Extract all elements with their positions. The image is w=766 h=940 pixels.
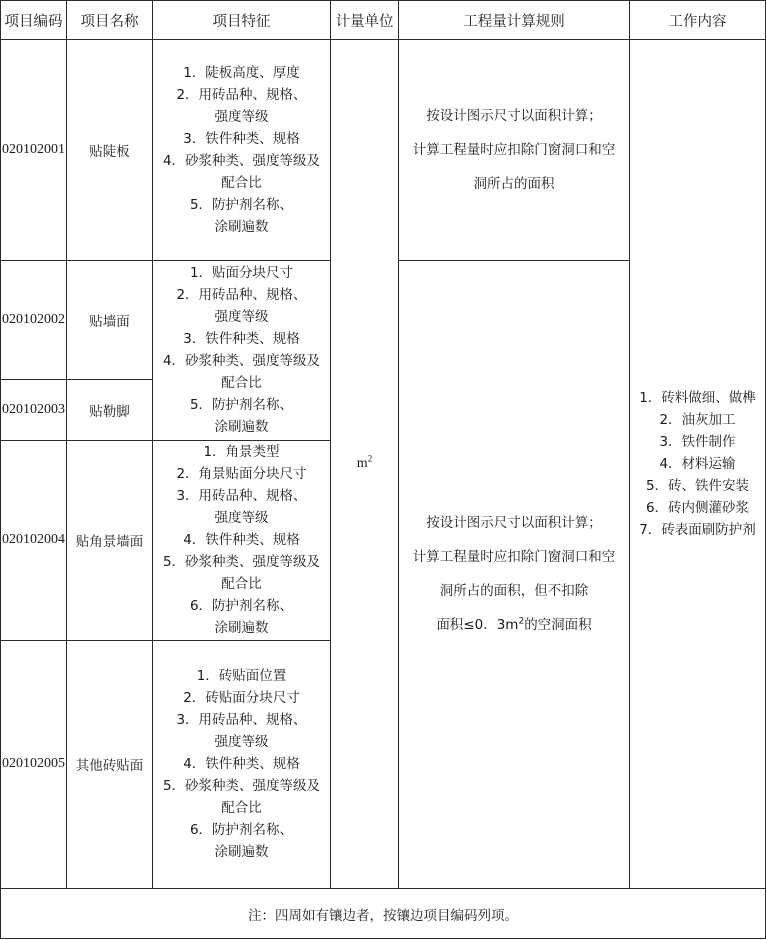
feature-line: 2．角景贴面分块尺寸	[176, 463, 306, 485]
rule-1: 按设计图示尺寸以面积计算； 计算工程量时应扣除门窗洞口和空 洞所占的面积	[398, 40, 630, 260]
row-features: 1．角景类型 2．角景贴面分块尺寸 3．用砖品种、规格、 强度等级 4．铁件种类…	[152, 440, 331, 640]
feature-line: 2．砖贴面分块尺寸	[183, 687, 300, 709]
work-line: 6．砖内侧灌砂浆	[646, 497, 749, 519]
feature-line: 4．砂浆种类、强度等级及	[163, 150, 320, 172]
feature-line: 6．防护剂名称、	[190, 819, 293, 841]
feature-line: 4．铁件种类、规格	[183, 753, 300, 775]
row-name: 贴勒脚	[66, 379, 153, 440]
header-rules: 工程量计算规则	[398, 0, 630, 40]
feature-line: 涂刷遍数	[215, 216, 269, 238]
feature-line: 涂刷遍数	[215, 617, 269, 639]
feature-line: 5．砂浆种类、强度等级及	[163, 775, 320, 797]
feature-line: 1．陡板高度、厚度	[183, 62, 300, 84]
work-line: 3．铁件制作	[659, 431, 735, 453]
row-code: 020102003	[0, 379, 67, 440]
rule-2: 按设计图示尺寸以面积计算； 计算工程量时应扣除门窗洞口和空 洞所占的面积，但不扣…	[398, 260, 630, 888]
feature-line: 5．防护剂名称、	[190, 194, 293, 216]
table-note: 注：四周如有镶边者，按镶边项目编码列项。	[0, 889, 766, 938]
feature-line: 6．防护剂名称、	[190, 595, 293, 617]
feature-line: 3．用砖品种、规格、	[176, 485, 306, 507]
feature-line: 涂刷遍数	[215, 416, 269, 438]
row-features: 1．砖贴面位置 2．砖贴面分块尺寸 3．用砖品种、规格、 强度等级 4．铁件种类…	[152, 640, 331, 888]
rule-line: 洞所占的面积，但不扣除	[440, 574, 589, 608]
row-name: 其他砖贴面	[66, 640, 153, 888]
feature-line: 3．铁件种类、规格	[183, 328, 300, 350]
feature-line: 5．砂浆种类、强度等级及	[163, 551, 320, 573]
feature-line: 5．防护剂名称、	[190, 394, 293, 416]
feature-line: 配合比	[221, 573, 262, 595]
row-name: 贴角景墙面	[66, 440, 153, 640]
work-line: 7．砖表面刷防护剂	[639, 519, 756, 541]
header-code: 项目编码	[0, 0, 67, 40]
work-content: 1．砖料做细、做榫 2．油灰加工 3．铁件制作 4．材料运输 5．砖、铁件安装 …	[629, 40, 766, 888]
rule-line: 计算工程量时应扣除门窗洞口和空	[413, 540, 616, 574]
header-unit: 计量单位	[330, 0, 399, 40]
feature-line: 3．铁件种类、规格	[183, 128, 300, 150]
rule-line: 洞所占的面积	[474, 167, 555, 201]
feature-line: 涂刷遍数	[215, 841, 269, 863]
unit-cell: m2	[330, 40, 399, 888]
table-border-bottom	[0, 938, 766, 939]
feature-line: 配合比	[221, 372, 262, 394]
row-code: 020102002	[0, 260, 67, 379]
feature-line: 强度等级	[215, 731, 269, 753]
shared-features: 1．贴面分块尺寸 2．用砖品种、规格、 强度等级 3．铁件种类、规格 4．砂浆种…	[152, 260, 331, 440]
rule-line: 计算工程量时应扣除门窗洞口和空	[413, 133, 616, 167]
work-line: 1．砖料做细、做榫	[639, 387, 756, 409]
unit-value: m2	[357, 456, 372, 472]
rule-line: 面积≤0．3m2的空洞面积	[436, 608, 591, 642]
feature-line: 强度等级	[215, 106, 269, 128]
row-code: 020102004	[0, 440, 67, 640]
feature-line: 4．砂浆种类、强度等级及	[163, 350, 320, 372]
feature-line: 强度等级	[215, 306, 269, 328]
feature-line: 1．角景类型	[203, 441, 279, 463]
work-line: 5．砖、铁件安装	[646, 475, 749, 497]
rule-line: 按设计图示尺寸以面积计算；	[426, 506, 602, 540]
rule-line: 按设计图示尺寸以面积计算；	[426, 99, 602, 133]
feature-line: 3．用砖品种、规格、	[176, 709, 306, 731]
row-code: 020102001	[0, 40, 67, 260]
feature-line: 配合比	[221, 172, 262, 194]
header-features: 项目特征	[152, 0, 331, 40]
work-line: 2．油灰加工	[659, 409, 735, 431]
row-features: 1．陡板高度、厚度 2．用砖品种、规格、 强度等级 3．铁件种类、规格 4．砂浆…	[152, 40, 331, 260]
row-name: 贴墙面	[66, 260, 153, 379]
feature-line: 2．用砖品种、规格、	[176, 84, 306, 106]
row-code: 020102005	[0, 640, 67, 888]
feature-line: 强度等级	[215, 507, 269, 529]
row-name: 贴陡板	[66, 40, 153, 260]
feature-line: 配合比	[221, 797, 262, 819]
feature-line: 1．砖贴面位置	[197, 665, 287, 687]
work-line: 4．材料运输	[659, 453, 735, 475]
header-work: 工作内容	[629, 0, 766, 40]
feature-line: 4．铁件种类、规格	[183, 529, 300, 551]
header-name: 项目名称	[66, 0, 153, 40]
feature-line: 1．贴面分块尺寸	[190, 262, 293, 284]
feature-line: 2．用砖品种、规格、	[176, 284, 306, 306]
